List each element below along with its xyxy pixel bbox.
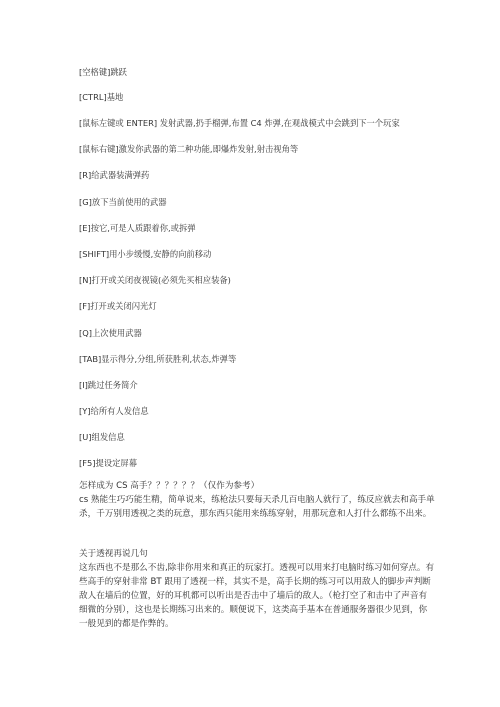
key-binding-line: [Y]给所有人发信息 — [79, 405, 149, 417]
key-binding-line: [鼠标右键]激发你武器的第二种功能,即爆炸发射,射击视角等 — [79, 143, 298, 155]
key-binding-line: [TAB]显示得分,分组,所获胜利,状态,炸弹等 — [79, 353, 236, 365]
key-binding-line: [Q]上次使用武器 — [79, 327, 142, 339]
section-title: 关于透视再说几句 — [79, 547, 435, 561]
key-binding-line: [F5]提设定屏幕 — [79, 457, 137, 469]
key-binding-line: [SHIFT]用小步缓慢,安静的向前移动 — [79, 248, 211, 260]
section-body: 这东西也不是那么不齿,除非你用来和真正的玩家打。透视可以用来打电脑时练习如何穿点… — [79, 561, 435, 631]
key-binding-line: [鼠标左键或 ENTER] 发射武器,扔手榴弹,布置 C4 炸弹,在观战模式中会… — [79, 117, 400, 129]
section-title: 怎样成为 CS 高手？？？？？？（仅作为参考） — [79, 479, 435, 493]
key-binding-line: [F]打开或关闭闪光灯 — [79, 300, 157, 312]
key-binding-line: [CTRL]基地 — [79, 91, 123, 103]
key-binding-line: [N]打开或关闭夜视镜(必须先买相应装备) — [79, 274, 231, 286]
key-binding-line: [G]放下当前使用的武器 — [79, 196, 167, 208]
section-body: cs 熟能生巧巧能生精，简单说来，练枪法只要每天杀几百电脑人就行了，练反应就去和… — [79, 493, 435, 521]
key-binding-line: [空格键]跳跃 — [79, 66, 127, 78]
key-binding-line: [E]按它,可是人质跟着你,或拆弹 — [79, 222, 196, 234]
key-binding-line: [I]跳过任务简介 — [79, 379, 138, 391]
key-binding-line: [R]给武器装满弹药 — [79, 169, 149, 181]
key-binding-line: [U]组发信息 — [79, 431, 125, 443]
section-how-to-be-expert: 怎样成为 CS 高手？？？？？？（仅作为参考） cs 熟能生巧巧能生精，简单说来… — [79, 479, 435, 521]
section-about-wallhack: 关于透视再说几句 这东西也不是那么不齿,除非你用来和真正的玩家打。透视可以用来打… — [79, 547, 435, 631]
